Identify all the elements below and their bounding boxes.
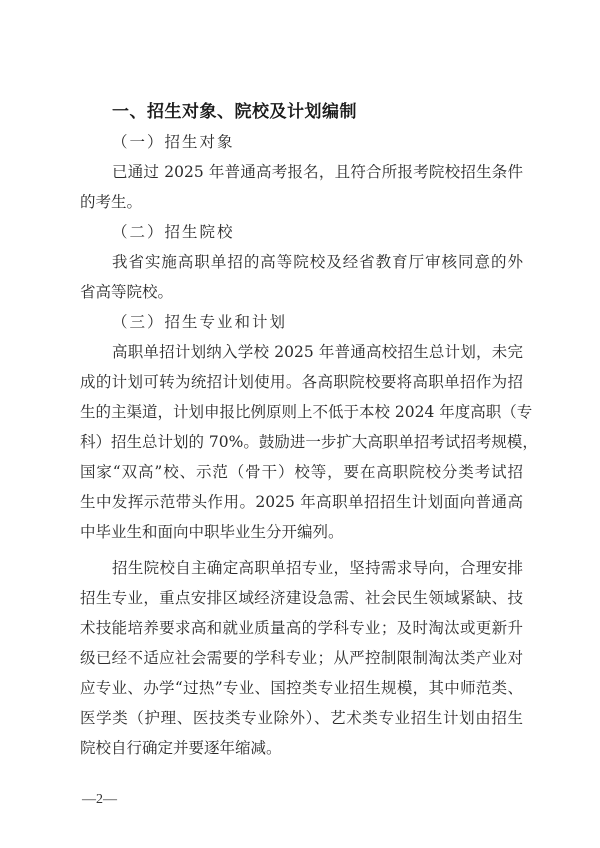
paragraph-line: 应专业、办学“过热”专业、国控类专业招生规模，其中师范类、 bbox=[80, 673, 523, 703]
paragraph-line: 中毕业生和面向中职毕业生分开编列。 bbox=[80, 517, 523, 547]
paragraph-line: 生的主渠道，计划申报比例原则上不低于本校 2024 年度高职（专 bbox=[80, 397, 523, 427]
paragraph-line: 医学类（护理、医技类专业除外）、艺术类专业招生计划由招生 bbox=[80, 703, 523, 733]
paragraph-line: 省高等院校。 bbox=[80, 277, 523, 307]
subsection-title-2: （二）招生院校 bbox=[112, 217, 235, 247]
page-number: —2— bbox=[82, 792, 117, 808]
paragraph-line: 生中发挥示范带头作用。2025 年高职单招招生计划面向普通高 bbox=[80, 487, 523, 517]
paragraph-line: 科）招生总计划的 70%。鼓励进一步扩大高职单招考试招考规模， bbox=[80, 427, 523, 457]
paragraph-line: 招生院校自主确定高职单招专业，坚持需求导向，合理安排 bbox=[112, 553, 523, 583]
paragraph-line: 国家“双高”校、示范（骨干）校等，要在高职院校分类考试招 bbox=[80, 457, 523, 487]
document-page: 一、招生对象、院校及计划编制 （一）招生对象 已通过 2025 年普通高考报名，… bbox=[0, 0, 600, 848]
paragraph-line: 术技能培养要求高和就业质量高的学科专业；及时淘汰或更新升 bbox=[80, 613, 523, 643]
paragraph-line: 高职单招计划纳入学校 2025 年普通高校招生总计划，未完 bbox=[112, 337, 523, 367]
paragraph-line: 院校自行确定并要逐年缩减。 bbox=[80, 733, 523, 763]
paragraph-line: 成的计划可转为统招计划使用。各高职院校要将高职单招作为招 bbox=[80, 367, 523, 397]
paragraph-line: 已通过 2025 年普通高考报名，且符合所报考院校招生条件 bbox=[112, 157, 523, 187]
paragraph-line: 我省实施高职单招的高等院校及经省教育厅审核同意的外 bbox=[112, 247, 523, 277]
section-title: 一、招生对象、院校及计划编制 bbox=[112, 97, 357, 127]
paragraph-line: 的考生。 bbox=[80, 187, 523, 217]
subsection-title-1: （一）招生对象 bbox=[112, 127, 235, 157]
subsection-title-3: （三）招生专业和计划 bbox=[112, 307, 287, 337]
paragraph-line: 招生专业，重点安排区域经济建设急需、社会民生领域紧缺、技 bbox=[80, 583, 523, 613]
paragraph-line: 级已经不适应社会需要的学科专业；从严控制限制淘汰类产业对 bbox=[80, 643, 523, 673]
